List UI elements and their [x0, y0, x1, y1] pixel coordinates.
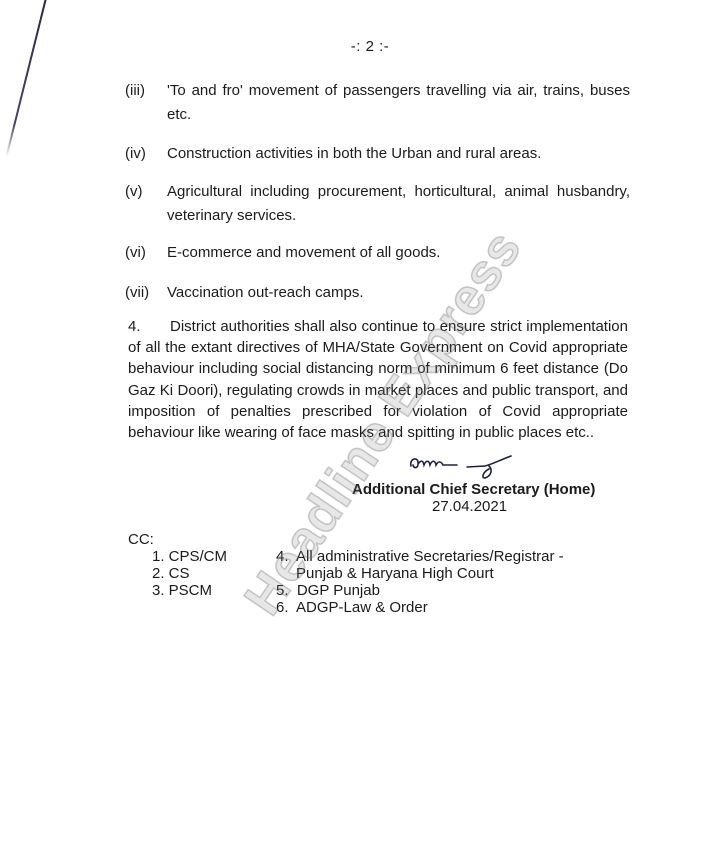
signature-icon: [405, 450, 525, 480]
item-number: (iv): [125, 142, 146, 166]
item-text: 'To and fro' movement of passengers trav…: [167, 79, 630, 127]
list-item-iii: (iii) 'To and fro' movement of passenger…: [125, 79, 630, 127]
cc-recipient: 6. ADGP-Law & Order: [276, 599, 564, 616]
list-item-iv: (iv) Construction activities in both the…: [125, 142, 630, 166]
list-item-v: (v) Agricultural including procurement, …: [125, 180, 630, 228]
item-text: Agricultural including procurement, hort…: [167, 180, 630, 228]
item-text: Construction activities in both the Urba…: [167, 142, 630, 166]
cc-recipient: 3. PSCM: [152, 582, 227, 599]
cc-list-left: 1. CPS/CM 2. CS 3. PSCM: [152, 548, 227, 599]
cc-recipient: 2. CS: [152, 565, 227, 582]
item-number: (iii): [125, 79, 145, 103]
cc-recipient: 4. All administrative Secretaries/Regist…: [276, 548, 564, 565]
signature-date: 27.04.2021: [432, 498, 507, 515]
cc-label: CC:: [128, 531, 154, 548]
paragraph-number: 4.: [128, 316, 170, 337]
item-text: E-commerce and movement of all goods.: [167, 241, 630, 265]
paragraph-text: District authorities shall also continue…: [128, 318, 628, 441]
signatory-title: Additional Chief Secretary (Home): [352, 481, 595, 498]
list-item-vi: (vi) E-commerce and movement of all good…: [125, 241, 630, 265]
item-number: (v): [125, 180, 143, 204]
cc-recipient-continuation: Punjab & Haryana High Court: [276, 565, 564, 582]
item-number: (vi): [125, 241, 146, 265]
page-number: -: 2 :-: [0, 38, 720, 55]
cc-list-right: 4. All administrative Secretaries/Regist…: [276, 548, 564, 616]
item-text: Vaccination out-reach camps.: [167, 281, 630, 305]
pen-stroke-mark: [5, 0, 48, 157]
cc-recipient: 1. CPS/CM: [152, 548, 227, 565]
cc-recipient: 5. DGP Punjab: [276, 582, 564, 599]
list-item-vii: (vii) Vaccination out-reach camps.: [125, 281, 630, 305]
paragraph-4: 4.District authorities shall also contin…: [128, 316, 628, 443]
item-number: (vii): [125, 281, 149, 305]
